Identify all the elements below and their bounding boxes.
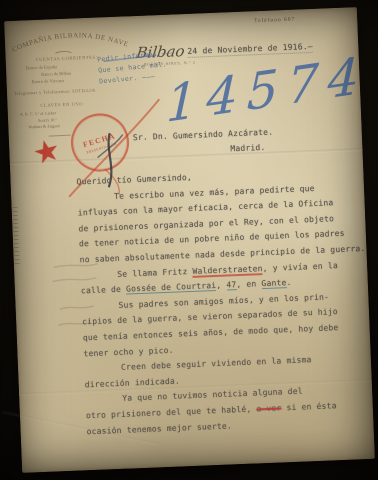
code-item: Watkins & Zugasti	[20, 123, 60, 131]
letter-text-segment: a ver	[256, 403, 281, 413]
letter-paper: COMPAÑIA BILBAINA DE NAVEGACION CUENTAS …	[4, 7, 375, 473]
letter-text-segment: , en	[236, 279, 261, 289]
codes-list: A. B. C. 5.ª al. LieberScott's 10.ªWatki…	[20, 110, 60, 131]
letter-text-segment: Se llama Fritz	[117, 266, 193, 278]
registry-number-handwritten: 14574	[165, 46, 369, 134]
letter-text-segment: .	[286, 278, 291, 287]
date-typed-text: 24 de Noviembre de	[187, 43, 278, 56]
letter-text-segment: calle de	[81, 285, 126, 296]
letter-text-segment: Walderstraeten	[192, 264, 263, 278]
svg-text:COMPAÑIA BILBAINA DE NAVEGACIO: COMPAÑIA BILBAINA DE NAVEGACION	[8, 19, 130, 54]
scanned-letter-photo: COMPAÑIA BILBAINA DE NAVEGACION CUENTAS …	[0, 0, 378, 480]
company-name: COMPAÑIA BILBAINA DE NAVEGACION	[8, 19, 130, 54]
telegrams-line: Telegramas y Telefonemas: SOTILLOS	[14, 88, 96, 96]
red-star-icon: ★	[30, 135, 63, 171]
letter-text-segment: si en ésta	[281, 401, 337, 412]
date-trailing-dash: —	[308, 42, 313, 51]
letter-text-segment: ,	[216, 281, 226, 290]
letter-body: Querido tío Gumersindo,Te escribo una ve…	[76, 163, 372, 439]
blue-pencil-note: Pedir informes ———Que se hace mal.Devolv…	[97, 47, 177, 87]
accounts-list: Banco de EspañaBanco de BilbaoBanco de V…	[26, 63, 72, 86]
letter-text-segment: ocasión tenemos mejor suerte.	[86, 421, 232, 436]
letter-text-segment: , y vivía en la	[262, 261, 338, 273]
date-year: 1916.	[283, 42, 308, 52]
letter-text-segment: Gossée de Courtrai	[126, 281, 217, 295]
phone-line: Teléfono 607	[254, 17, 295, 25]
letter-text-segment: Querido tío Gumersindo,	[76, 173, 192, 187]
bank-account-item: Banco de Vizcaya	[26, 77, 71, 86]
recipient-block: Sr. Dn. Gumersindo Azcárate. Madrid.	[133, 125, 275, 161]
letter-text-segment: Gante	[261, 278, 286, 289]
printer-edge-imprint	[13, 207, 20, 267]
red-date-stamp: FECHA PRESENTACIÓN	[64, 107, 136, 179]
letter-text-segment: tener ocho y pico.	[83, 345, 174, 358]
letter-text-segment: dirección indicada.	[85, 376, 181, 389]
letter-text-segment: 47	[226, 280, 236, 290]
accounts-title: CUENTAS CORRIENTES:	[36, 55, 98, 62]
codes-title: CLAVES EN USO:	[40, 101, 84, 108]
